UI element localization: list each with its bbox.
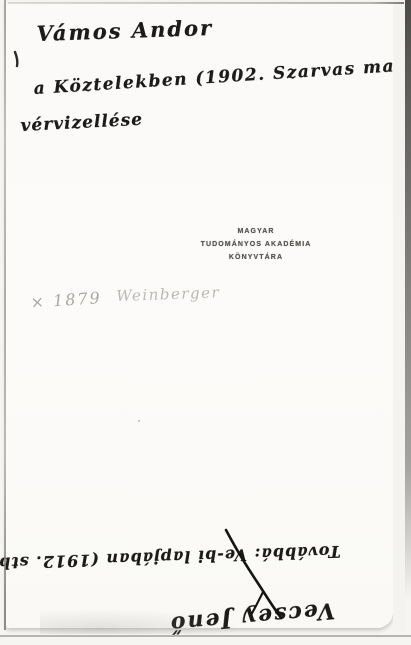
- scan-bottom-edge-line: [0, 635, 411, 637]
- stamp-line-3: KÖNYVTÁRA: [198, 251, 314, 264]
- handwritten-note-line-2: vérvizellése: [20, 110, 143, 136]
- scan-top-edge-line: [8, 2, 404, 4]
- scanned-flyleaf: Vámos Andor a Köztelekben (1902. Szarvas…: [0, 0, 411, 645]
- stamp-line-2: TUDOMÁNYOS AKADÉMIA: [198, 238, 314, 251]
- handwritten-note-line-1: a Köztelekben (1902. Szarvas marhák: [33, 53, 411, 99]
- upside-down-reference-line: Továbbá: Ve-bi lapjában (1912. stb.: [0, 542, 341, 573]
- pencil-year-note: × 1879: [30, 288, 102, 312]
- stamp-line-1: MAGYAR: [198, 225, 314, 238]
- library-stamp: MAGYAR TUDOMÁNYOS AKADÉMIA KÖNYVTÁRA: [198, 225, 314, 264]
- scan-right-edge-shadow: [405, 0, 411, 600]
- pencil-name-note: Weinberger: [116, 283, 220, 305]
- handwritten-owner-name: Vámos Andor: [36, 15, 213, 46]
- book-page: Vámos Andor a Köztelekben (1902. Szarvas…: [6, 3, 393, 628]
- scan-left-edge-line: [4, 0, 6, 630]
- page-bottom-mottling: [40, 608, 240, 634]
